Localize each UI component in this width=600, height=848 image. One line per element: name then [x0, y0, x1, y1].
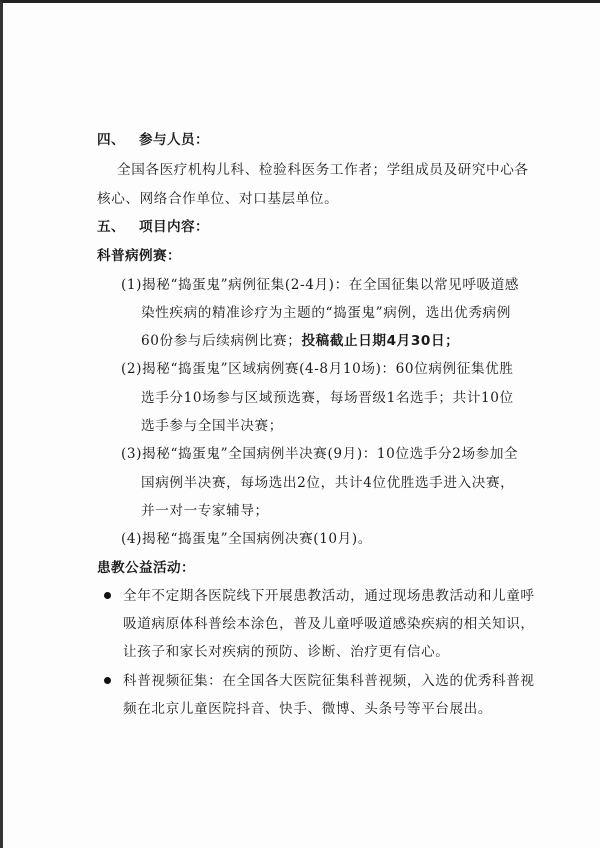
- case-item-1-line: 染性疾病的精准诊疗为主题的“捣蛋鬼”病例，选出优秀病例: [141, 304, 511, 322]
- case-item-2-line: (2)揭秘“捣蛋鬼”区域病例赛(4-8月10场)：60位病例征集优胜: [121, 360, 514, 378]
- case-item-3-line: 国病例半决赛，每场选出2位，共计4位优胜选手进入决赛，: [141, 474, 514, 492]
- case-item-2-line: 选手分10场参与区域预选赛，每场晋级1名选手；共计10位: [141, 389, 514, 407]
- case-item-1-line: (1)揭秘“捣蛋鬼”病例征集(2-4月)：在全国征集以常见呼吸道感: [121, 276, 519, 294]
- case-item-3-line: (3)揭秘“捣蛋鬼”全国病例半决赛(9月)：10位选手分2场参加全: [121, 445, 518, 463]
- bullet-icon: [104, 677, 111, 684]
- section-4-number: 四、: [97, 132, 125, 148]
- section-5-title: 项目内容：: [139, 219, 209, 235]
- case-competition-heading: 科普病例赛：: [97, 247, 181, 265]
- education-bullet-1-line: 全年不定期各医院线下开展患教活动，通过现场患教活动和儿童呼: [123, 587, 535, 605]
- education-bullet-2-line: 科普视频征集：在全国各大医院征集科普视频，入选的优秀科普视: [123, 672, 535, 690]
- bullet-icon: [104, 592, 111, 599]
- case-item-4-line: (4)揭秘“捣蛋鬼”全国病例决赛(10月)。: [121, 530, 372, 548]
- submission-deadline: 投稿截止日期4月30日；: [301, 333, 459, 349]
- section-5-heading: 五、项目内容：: [97, 218, 209, 236]
- section-4-body-line: 核心、网络合作单位、对口基层单位。: [97, 190, 338, 208]
- education-bullet-1-line: 吸道病原体科普绘本涂色，普及儿童呼吸道感染疾病的相关知识，: [123, 615, 535, 633]
- case-item-2-line: 选手参与全国半决赛；: [141, 417, 283, 435]
- section-4-heading: 四、参与人员：: [97, 131, 209, 149]
- document-page: 四、参与人员： 全国各医疗机构儿科、检验科医务工作者；学组成员及研究中心各 核心…: [0, 0, 600, 848]
- section-5-number: 五、: [97, 219, 125, 235]
- case-item-3-line: 并一对一专家辅导；: [141, 502, 269, 520]
- section-4-body-line: 全国各医疗机构儿科、检验科医务工作者；学组成员及研究中心各: [117, 161, 529, 179]
- education-bullet-1-line: 让孩子和家长对疾病的预防、诊断、治疗更有信心。: [123, 643, 449, 661]
- section-4-title: 参与人员：: [139, 132, 209, 148]
- case-item-1-line: 60份参与后续病例比赛；投稿截止日期4月30日；: [141, 332, 459, 350]
- education-bullet-2-line: 频在北京儿童医院抖音、快手、微博、头条号等平台展出。: [123, 700, 492, 718]
- case-item-1-text: 60份参与后续病例比赛；: [141, 333, 301, 349]
- patient-education-heading: 患教公益活动：: [97, 559, 195, 577]
